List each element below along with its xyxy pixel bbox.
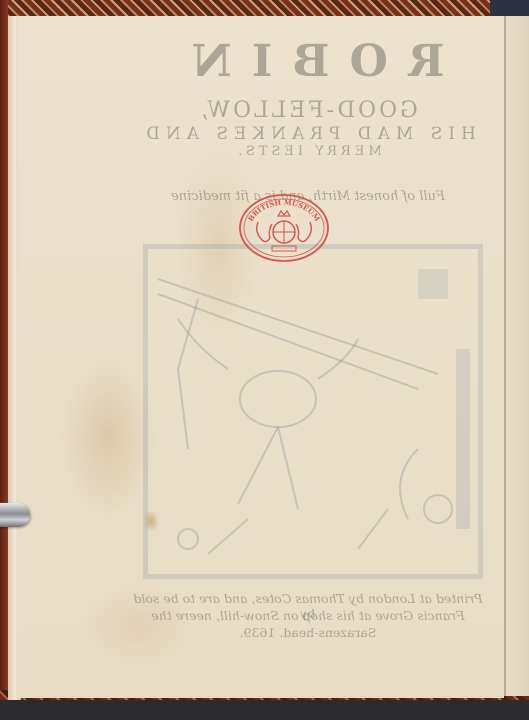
next-leaf-edge xyxy=(504,16,529,696)
british-museum-stamp: BRITISH MUSEUM xyxy=(238,192,330,264)
title-goodfellow-showthrough: GOOD-FELLOW, xyxy=(118,98,498,123)
woodcut-figure-icon xyxy=(148,249,478,574)
book-cover-top-edge xyxy=(0,0,529,16)
book-cover-left-edge xyxy=(0,0,8,700)
imprint-line-3: Sarazens-head. 1639. xyxy=(133,625,483,640)
book-page: ROBIN GOOD-FELLOW, HIS MAD PRANKES AND M… xyxy=(18,16,504,698)
royal-coat-of-arms-icon: BRITISH MUSEUM xyxy=(238,192,330,264)
title-robin-showthrough: ROBIN xyxy=(118,36,498,87)
scan-background xyxy=(0,700,529,720)
metal-page-clip xyxy=(0,503,30,527)
title-prankes-showthrough: HIS MAD PRANKES AND xyxy=(118,124,498,144)
title-jests-showthrough: MERRY IESTS. xyxy=(218,144,398,159)
imprint-line-2: Francis Grove at his shop on Snow-hill, … xyxy=(133,608,483,623)
woodcut-illustration-showthrough xyxy=(143,244,483,579)
